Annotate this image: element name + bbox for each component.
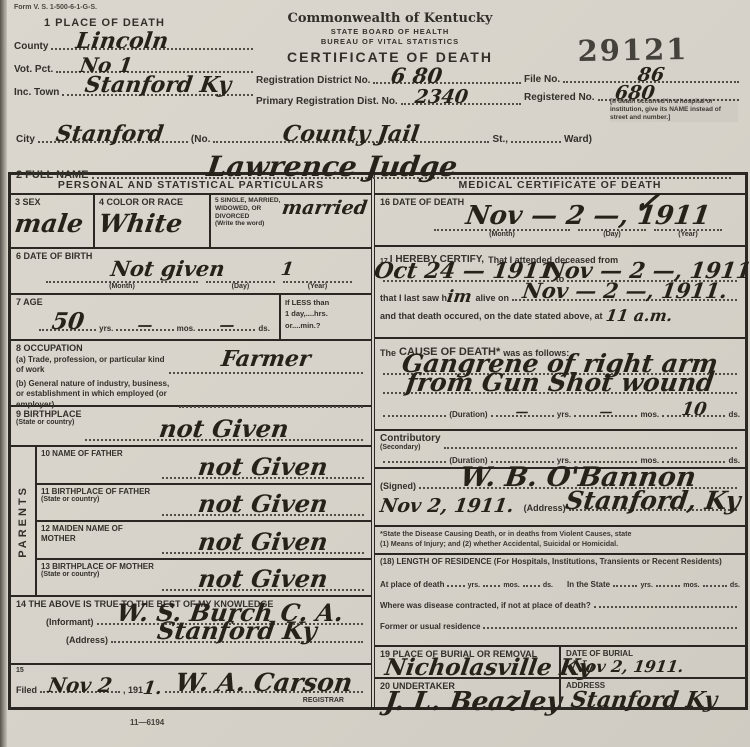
mother-name-label: 12 MAIDEN NAME OF MOTHER [41,524,159,543]
cause-duration-yrs-value: — [515,406,530,419]
date-of-birth-row: 6 DATE OF BIRTH (Month) (Day) (Year) Not… [11,249,371,295]
dob-month-day-year: (Month) (Day) (Year) Not given 1 [42,271,356,283]
city-label: City [16,134,35,145]
filed-date-entry: Nov 2 [40,681,120,693]
informant-address-line: (Address) Stanford Ky [66,631,366,645]
age-days-line: — [198,319,255,331]
age-mos-unit: mos. [177,324,196,333]
date-of-burial-value: Nov 2, 1911. [570,659,685,675]
filed-label: Filed [16,685,37,695]
certificate-body: PERSONAL AND STATISTICAL PARTICULARS 3 S… [8,172,748,710]
personal-particulars-column: PERSONAL AND STATISTICAL PARTICULARS 3 S… [11,175,375,707]
occupation-row: 8 OCCUPATION (a) Trade, profession, or p… [11,341,371,407]
inc-town-line: Inc. Town Stanford Ky [14,84,256,98]
last-saw-him-hw: im [446,289,473,306]
former-residence-label: Former or usual residence [380,622,480,631]
contributory-duration-lead [383,451,446,463]
date-of-burial-cell: DATE OF BURIAL Nov 2, 1911. [559,647,745,679]
death-time-value: 11 a.m. [604,308,673,324]
signed-address-value: Stanford, Ky [564,488,742,513]
at-place-yrs-entry [447,575,464,587]
at-place-ds-entry [523,575,540,587]
in-state-label: In the State [567,580,610,589]
date-of-death-row: 16 DATE OF DEATH ✓ (Month) (Day) (Year) … [375,195,745,247]
informant-address-entry: Stanford Ky [111,631,363,643]
in-state-yrs-unit: yrs. [640,582,652,589]
father-birthplace-label: 11 BIRTHPLACE OF FATHER [41,487,159,497]
cause-duration-ds-entry: 10 [662,405,725,417]
disease-contracted-entry [594,596,737,608]
marital-sublabel: (Write the word) [215,220,287,228]
sex-race-marital-row: 3 SEX male 4 COLOR OR RACE White 5 SINGL… [11,195,371,249]
cause-pre-label: The [380,348,396,358]
city-st-label: St., [492,134,508,145]
sex-box: 3 SEX male [11,195,95,247]
undertaker-cell: 20 UNDERTAKER J. L. Beazley [375,679,559,707]
cause-duration-ds-value: 10 [680,401,708,419]
age-ds-unit: ds. [258,324,270,333]
at-place-mos-unit: mos. [503,582,519,589]
header-center: Commonwealth of Kentucky STATE BOARD OF … [256,11,524,115]
mother-birthplace-label: 13 BIRTHPLACE OF MOTHER [41,562,159,572]
mother-name-entry: not Given [162,542,364,554]
county-label: County [14,41,48,52]
dob-year-value: 1 [279,261,294,279]
signed-date-value: Nov 2, 1911. [379,497,515,516]
signed-date-line: Nov 2, 1911. (Address) Stanford, Ky [380,497,740,513]
cause-entry2: from Gun Shot wound [383,382,737,394]
county-line: County Lincoln [14,38,256,52]
contributory-entry [444,437,737,449]
age-yrs-unit: yrs. [99,324,113,333]
alive-on-label: alive on [475,293,509,303]
disease-contracted-line: Where was disease contracted, if not at … [380,596,740,610]
occupation-label: 8 OCCUPATION [16,343,366,353]
former-residence-line: Former or usual residence [380,617,740,631]
father-birthplace-value: not Given [197,492,330,516]
city-no-value: County Jail [282,123,421,145]
hospital-note: [If death occurred in a hospital or inst… [610,98,738,122]
informant-address-value: Stanford Ky [156,619,319,643]
age-less-line2: 1 day,....hrs. [285,308,367,319]
dob-year-line: (Year) [283,271,352,283]
registration-district-entry: 6 80 [373,72,521,84]
age-entry-line: 50 yrs. — mos. — ds. [36,319,270,333]
dob-year-sublabel: (Year) [283,283,352,290]
age-years-value: 50 [50,310,85,333]
birthplace-entry: not Given [85,429,363,441]
mother-birthplace-sublabel: (State or country) [41,571,159,579]
filed-year-printed: , 191 [123,685,143,695]
inc-town-label: Inc. Town [14,87,59,98]
residence-at-place: At place of death yrs. mos. ds. [380,575,553,589]
informant-label: (Informant) [46,617,94,627]
undertaker-address-value: Stanford Ky [569,689,718,711]
header-left: 1 PLACE OF DEATH County Lincoln Vot. Pct… [14,11,256,115]
informant-address-label: (Address) [66,635,108,645]
in-state-ds-entry [703,575,727,587]
mother-birthplace-labels: 13 BIRTHPLACE OF MOTHER (State or countr… [41,562,159,580]
father-name-value: not Given [197,455,330,479]
commonwealth-title: Commonwealth of Kentucky [256,11,524,26]
disease-contracted-label: Where was disease contracted, if not at … [380,601,591,610]
father-birthplace-entry: not Given [162,504,364,516]
in-state-ds-unit: ds. [730,582,740,589]
in-state-mos-unit: mos. [683,582,699,589]
filed-year-value: 1. [142,680,163,698]
age-less-line3: or....min.? [285,320,367,331]
age-months-value: — [136,318,153,333]
age-less-than-box: If LESS than 1 day,....hrs. or....min.? [279,295,371,339]
sex-label: 3 SEX [15,197,89,207]
marital-value: married [281,199,369,218]
contributory-labels: Contributory (Secondary) [380,433,441,451]
stamp-number: 29121 [524,31,743,69]
file-no-label: File No. [524,74,560,85]
medical-certificate-column: MEDICAL CERTIFICATE OF DEATH 16 DATE OF … [375,175,745,707]
age-row: 7 AGE 50 yrs. — mos. — ds. If LESS than … [11,295,371,341]
cause-duration-mos-value: — [598,406,613,419]
contributory-label-line: Contributory (Secondary) [380,433,740,451]
at-place-label: At place of death [380,580,444,589]
mother-name-row: 12 MAIDEN NAME OF MOTHER not Given [37,522,371,560]
occupation-a-value: Farmer [220,348,312,370]
contributory-ds-unit: ds. [728,456,740,465]
at-place-mos-entry [483,575,500,587]
signed-label: (Signed) [380,481,416,491]
check-mark: ✓ [632,189,661,219]
form-code: Form V. S. 1-500-6-1-G-S. [14,4,742,11]
age-months-line: — [116,319,173,331]
parents-side-label-cell: PARENTS [11,447,37,595]
scan-edge [0,0,7,747]
birthplace-sublabel: (State or country) [16,419,82,426]
color-race-value: White [97,211,184,236]
state-board-title: STATE BOARD OF HEALTH [256,27,524,36]
vot-pct-label: Vot. Pct. [14,64,53,75]
cause-value2: from Gun Shot wound [405,370,716,395]
city-st-entry [511,131,561,143]
color-race-label: 4 COLOR OR RACE [99,197,205,207]
primary-registration-line: Primary Registration Dist. No. 2340 [256,93,524,107]
father-birthplace-sublabel: (State or country) [41,496,159,504]
cause-duration-label: (Duration) [449,410,487,419]
contributory-label: Contributory [380,433,441,444]
residence-in-state: In the State yrs. mos. ds. [567,575,740,589]
violent-causes-footnote: *State the Disease Causing Death, or in … [375,527,745,555]
occupation-a-line: (a) Trade, profession, or particular kin… [16,355,366,376]
certificate-header: Form V. S. 1-500-6-1-G-S. 1 PLACE OF DEA… [0,0,750,172]
county-value: Lincoln [74,30,169,52]
signed-address-label: (Address) [524,503,566,513]
parents-rows: 10 NAME OF FATHER not Given 11 BIRTHPLAC… [37,447,371,595]
parents-section: PARENTS 10 NAME OF FATHER not Given 11 B… [11,447,371,597]
city-value: Stanford [54,123,165,145]
dod-day-sublabel: (Day) [578,231,646,238]
registrar-signature: W. A. Carson [174,670,354,695]
dob-value: Not given [110,258,227,279]
age-years-line: 50 [39,319,96,331]
filed-date-value: Nov 2 [47,675,114,695]
birthplace-labels: 9 BIRTHPLACE (State or country) [16,409,82,426]
occupation-b-label: (b) General nature of industry, business… [16,379,176,410]
in-state-yrs-entry [613,575,637,587]
registration-district-value: 6 80 [390,65,444,86]
father-name-labels: 10 NAME OF FATHER [41,449,159,459]
cause-yrs-unit: yrs. [557,410,571,419]
city-ward-label: Ward) [564,134,592,145]
dob-month-sublabel: (Month) [46,283,198,290]
cause-mos-unit: mos. [640,410,659,419]
marital-box: 5 SINGLE, MARRIED, WIDOWED, OR DIVORCED … [211,195,371,247]
registration-district-line: Registration District No. 6 80 [256,72,524,86]
date-of-death-value: Nov — 2 —, 1911 [464,203,712,229]
residence-columns: At place of death yrs. mos. ds. In the S… [380,575,740,589]
cause-duration-lead [383,405,446,417]
city-no-label: (No. [191,134,210,145]
primary-registration-entry: 2340 [401,93,521,105]
contributory-sublabel: (Secondary) [380,444,441,451]
cause-duration-line: (Duration) — yrs. — mos. 10 ds. [380,405,740,419]
at-place-ds-unit: ds. [543,582,553,589]
filed-line: Filed Nov 2 , 191 1. W. A. Carson [16,680,366,695]
cause-duration-mos-entry: — [574,405,637,417]
age-main: 7 AGE 50 yrs. — mos. — ds. [11,295,279,339]
certificate-title: CERTIFICATE OF DEATH [256,49,524,65]
certification-row: 17 I HEREBY CERTIFY, That I attended dec… [375,247,745,339]
occupation-a-entry: Farmer [169,362,363,374]
filed-row: 15 Filed Nov 2 , 191 1. W. A. Carson REG… [11,665,371,707]
footnote-line1: *State the Disease Causing Death, or in … [380,529,740,539]
occupation-a-label: (a) Trade, profession, or particular kin… [16,355,166,376]
undertaker-address-cell: ADDRESS Stanford Ky [559,679,745,707]
father-name-row: 10 NAME OF FATHER not Given [37,447,371,485]
occupation-b-line: (b) General nature of industry, business… [16,379,366,410]
mother-birthplace-value: not Given [197,567,330,591]
death-certificate-scan: Form V. S. 1-500-6-1-G-S. 1 PLACE OF DEA… [0,0,750,747]
dob-day-sublabel: (Day) [206,283,275,290]
dod-year-sublabel: (Year) [654,231,722,238]
last-saw-label: that I last saw h [380,293,447,303]
mother-name-value: not Given [197,530,330,554]
age-days-value: — [218,318,235,333]
parents-side-label: PARENTS [17,485,29,558]
residence-title: (18) LENGTH OF RESIDENCE (For Hospitals,… [380,557,740,567]
dod-month-day-year: (Month) (Day) (Year) Nov — 2 —, 1911 [430,219,726,231]
father-name-label: 10 NAME OF FATHER [41,449,159,459]
burial-undertaker-grid: 19 PLACE OF BURIAL OR REMOVAL Nicholasvi… [375,647,745,707]
inc-town-entry-line: Stanford Ky [62,84,253,96]
mother-birthplace-entry: not Given [162,579,364,591]
age-label: 7 AGE [16,297,274,307]
father-birthplace-row: 11 BIRTHPLACE OF FATHER (State or countr… [37,485,371,523]
bureau-title: BUREAU OF VITAL STATISTICS [256,37,524,46]
mother-name-labels: 12 MAIDEN NAME OF MOTHER [41,524,159,543]
county-entry-line: Lincoln [51,38,253,50]
undertaker-signature: J. L. Beazley [383,689,563,715]
registered-no-label: Registered No. [524,92,595,103]
in-state-mos-entry [656,575,680,587]
cause-ds-unit: ds. [728,410,740,419]
cause-duration-yrs-entry: — [491,405,554,417]
length-of-residence-row: (18) LENGTH OF RESIDENCE (For Hospitals,… [375,555,745,647]
cause-value-line2: from Gun Shot wound [380,382,740,396]
death-occurred-label: and that death occured, on the date stat… [380,311,603,321]
left-column-title: PERSONAL AND STATISTICAL PARTICULARS [11,175,371,195]
age-less-line1: If LESS than [285,297,367,308]
last-saw-date-entry: Nov — 2 —, 1911. [512,289,737,301]
at-place-yrs-unit: yrs. [468,582,480,589]
city-no-entry: County Jail [213,131,489,143]
physician-signature-row: (Signed) W. B. O'Bannon Nov 2, 1911. (Ad… [375,469,745,527]
last-saw-date-value: Nov — 2 —, 1911. [521,280,728,301]
primary-registration-label: Primary Registration Dist. No. [256,96,398,107]
right-column-title: MEDICAL CERTIFICATE OF DEATH [375,175,745,195]
death-occurred-line: and that death occured, on the date stat… [380,308,740,321]
informant-attestation-row: 14 THE ABOVE IS TRUE TO THE BEST OF MY K… [11,597,371,665]
birthplace-value: not Given [157,417,290,441]
cause-of-death-row: The CAUSE OF DEATH* was as follows: Gang… [375,339,745,431]
last-saw-line: that I last saw h im alive on Nov — 2 —,… [380,289,740,303]
marital-label: 5 SINGLE, MARRIED, WIDOWED, OR DIVORCED [215,197,287,220]
signed-address-entry: Stanford, Ky [569,499,737,511]
birthplace-label: 9 BIRTHPLACE [16,409,82,419]
inc-town-value: Stanford Ky [84,74,233,96]
father-birthplace-labels: 11 BIRTHPLACE OF FATHER (State or countr… [41,487,159,505]
sex-value: male [13,211,85,236]
mother-birthplace-row: 13 BIRTHPLACE OF MOTHER (State or countr… [37,560,371,596]
former-residence-entry [483,617,737,629]
dod-month-sublabel: (Month) [434,231,570,238]
primary-registration-value: 2340 [414,88,470,107]
registrar-label: REGISTRAR [16,697,344,704]
registration-district-label: Registration District No. [256,75,370,86]
city-line: City Stanford (No. County Jail St., Ward… [16,119,592,145]
color-race-box: 4 COLOR OR RACE White [95,195,211,247]
father-name-entry: not Given [162,467,364,479]
footnote-line2: (1) Means of Injury; and (2) whether Acc… [380,539,740,549]
city-entry: Stanford [38,131,188,143]
place-of-burial-cell: 19 PLACE OF BURIAL OR REMOVAL Nicholasvi… [375,647,559,679]
birthplace-row: 9 BIRTHPLACE (State or country) not Give… [11,407,371,447]
registrar-signature-entry: W. A. Carson [165,681,363,693]
